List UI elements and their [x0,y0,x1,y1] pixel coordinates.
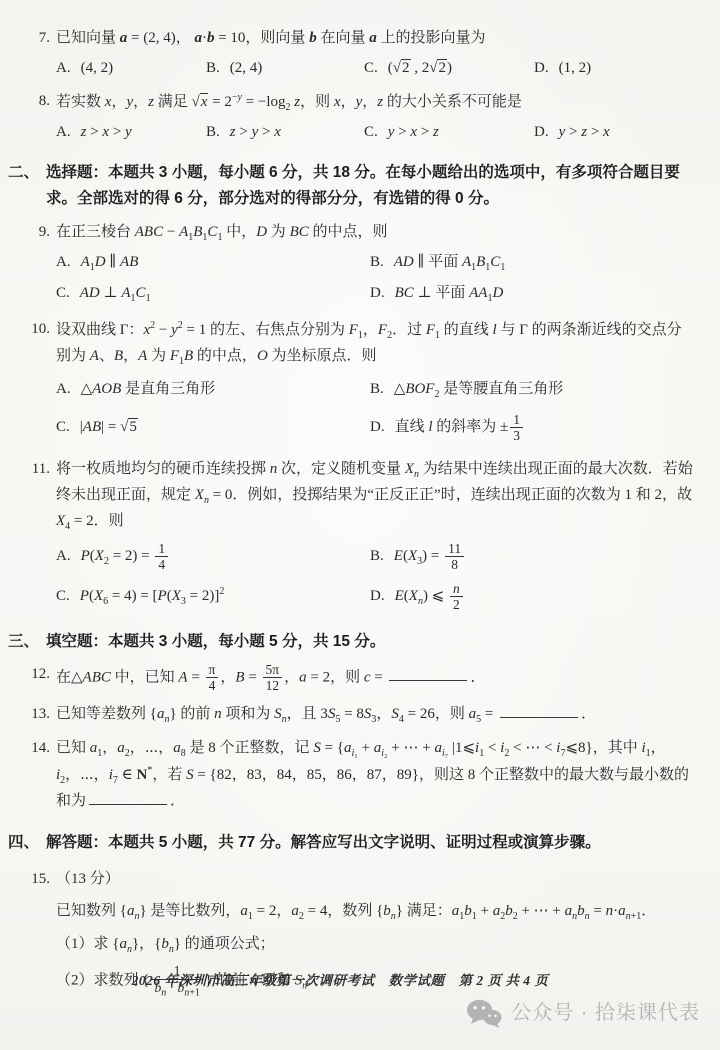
question-8-option-b: B.z > y > x [206,120,364,146]
exam-page: 7. 已知向量 a = (2, 4)， a·b = 10，则向量 b 在向量 a… [0,0,720,1050]
section-3-header: 三、 填空题：本题共 3 小题，每小题 5 分，共 15 分。 [0,629,696,656]
question-9-stem: 在正三棱台 ABC − A1B1C1 中，D 为 BC 的中点，则 [56,220,696,246]
section-4-title: 解答题：本题共 5 小题，共 77 分。解答应写出文字说明、证明过程或演算步骤。 [46,834,601,851]
page-footer: 2026 年深圳市高三年级第一次调研考试 数学试题 第 2 页 共 4 页 [0,970,680,993]
question-7-options: A.(4, 2) B.(2, 4) C.(√2 , 2√2) D.(1, 2) [56,56,696,82]
question-15-number: 15. [12,867,50,893]
exam-content: 7. 已知向量 a = (2, 4)， a·b = 10，则向量 b 在向量 a… [0,0,720,999]
question-12-stem: 在△ABC 中，已知 A = π4，B = 5π12，a = 2，则 c = ． [56,662,696,694]
question-7-option-d: D.(1, 2) [534,56,696,82]
question-13-stem: 已知等差数列 {an} 的前 n 项和为 Sn，且 3S5 = 8S3，S4 =… [56,702,696,728]
question-11-option-b: B.E(X3) = 118 [370,541,696,573]
question-11-option-c: C.P(X6 = 4) = [P(X3 = 2)]2 [56,583,370,610]
section-3-number: 三、 [8,629,44,656]
question-14-stem: 已知 a1，a2，⋯，a8 是 8 个正整数，记 S = {ai₁ + ai₂ … [56,736,696,815]
question-8-stem: 若实数 x，y，z 满足 √x = 2−y = −log2 z，则 x，y，z … [56,89,696,116]
question-7: 7. 已知向量 a = (2, 4)， a·b = 10，则向量 b 在向量 a… [0,26,696,81]
question-8: 8. 若实数 x，y，z 满足 √x = 2−y = −log2 z，则 x，y… [0,89,696,146]
question-12-number: 12. [12,662,50,688]
question-7-option-b: B.(2, 4) [206,56,364,82]
question-8-option-d: D.y > z > x [534,120,696,146]
section-4-number: 四、 [8,830,44,857]
question-11-options: A.P(X2 = 2) = 14 B.E(X3) = 118 C.P(X6 = … [56,541,696,613]
question-10-option-d: D.直线 l 的斜率为 ±13 [370,412,696,444]
question-10-option-b: B.△BOF2 是等腰直角三角形 [370,377,696,403]
question-9-option-d: D.BC ⊥ 平面 AA1D [370,281,696,307]
question-7-stem: 已知向量 a = (2, 4)， a·b = 10，则向量 b 在向量 a 上的… [56,26,696,52]
question-11-option-d: D.E(Xn) ⩽ n2 [370,581,696,613]
question-8-option-c: C.y > x > z [364,120,534,146]
question-11: 11. 将一枚质地均匀的硬币连续投掷 n 次，定义随机变量 Xn 为结果中连续出… [0,457,696,613]
question-9-option-a: A.A1D ∥ AB [56,250,370,276]
watermark: 公众号 · 拾柒课代表 [466,996,700,1030]
question-7-option-c: C.(√2 , 2√2) [364,56,534,82]
question-8-option-a: A.z > x > y [56,120,206,146]
question-9-option-b: B.AD ∥ 平面 A1B1C1 [370,250,696,276]
section-2-number: 二、 [8,160,44,187]
question-10-option-c: C.|AB| = √5 [56,415,370,441]
section-2-title: 选择题：本题共 3 小题，每小题 6 分，共 18 分。在每小题给出的选项中，有… [46,164,680,208]
question-14: 14. 已知 a1，a2，⋯，a8 是 8 个正整数，记 S = {ai₁ + … [0,736,696,815]
question-10-options: A.△AOB 是直角三角形 B.△BOF2 是等腰直角三角形 C.|AB| = … [56,377,696,444]
question-9-number: 9. [12,220,50,246]
question-13-number: 13. [12,702,50,728]
question-14-number: 14. [12,736,50,762]
question-7-number: 7. [12,26,50,52]
question-13: 13. 已知等差数列 {an} 的前 n 项和为 Sn，且 3S5 = 8S3，… [0,702,696,728]
question-15-part1: （1）求 {an}，{bn} 的通项公式； [56,932,696,958]
watermark-text: 公众号 · 拾柒课代表 [511,996,700,1030]
section-3-title: 填空题：本题共 3 小题，每小题 5 分，共 15 分。 [46,633,385,650]
question-10-stem: 设双曲线 Γ：x2 − y2 = 1 的左、右焦点分别为 F1，F2．过 F1 … [56,317,696,370]
question-9: 9. 在正三棱台 ABC − A1B1C1 中，D 为 BC 的中点，则 A.A… [0,220,696,307]
section-4-header: 四、 解答题：本题共 5 小题，共 77 分。解答应写出文字说明、证明过程或演算… [0,830,696,857]
question-15-body: 已知数列 {an} 是等比数列，a1 = 2，a2 = 4，数列 {bn} 满足… [56,899,696,925]
question-15-score: （13 分） [56,867,696,893]
question-11-number: 11. [12,457,50,483]
question-8-number: 8. [12,89,50,115]
wechat-icon [466,999,502,1028]
question-9-options: A.A1D ∥ AB B.AD ∥ 平面 A1B1C1 C.AD ⊥ A1C1 … [56,250,696,307]
question-11-option-a: A.P(X2 = 2) = 14 [56,541,370,573]
question-12: 12. 在△ABC 中，已知 A = π4，B = 5π12，a = 2，则 c… [0,662,696,694]
question-11-stem: 将一枚质地均匀的硬币连续投掷 n 次，定义随机变量 Xn 为结果中连续出现正面的… [56,457,696,535]
question-9-option-c: C.AD ⊥ A1C1 [56,281,370,307]
section-2-header: 二、 选择题：本题共 3 小题，每小题 6 分，共 18 分。在每小题给出的选项… [0,160,696,213]
question-8-options: A.z > x > y B.z > y > x C.y > x > z D.y … [56,120,696,146]
question-10-option-a: A.△AOB 是直角三角形 [56,377,370,403]
question-10: 10. 设双曲线 Γ：x2 − y2 = 1 的左、右焦点分别为 F1，F2．过… [0,317,696,444]
question-7-option-a: A.(4, 2) [56,56,206,82]
question-10-number: 10. [12,317,50,343]
